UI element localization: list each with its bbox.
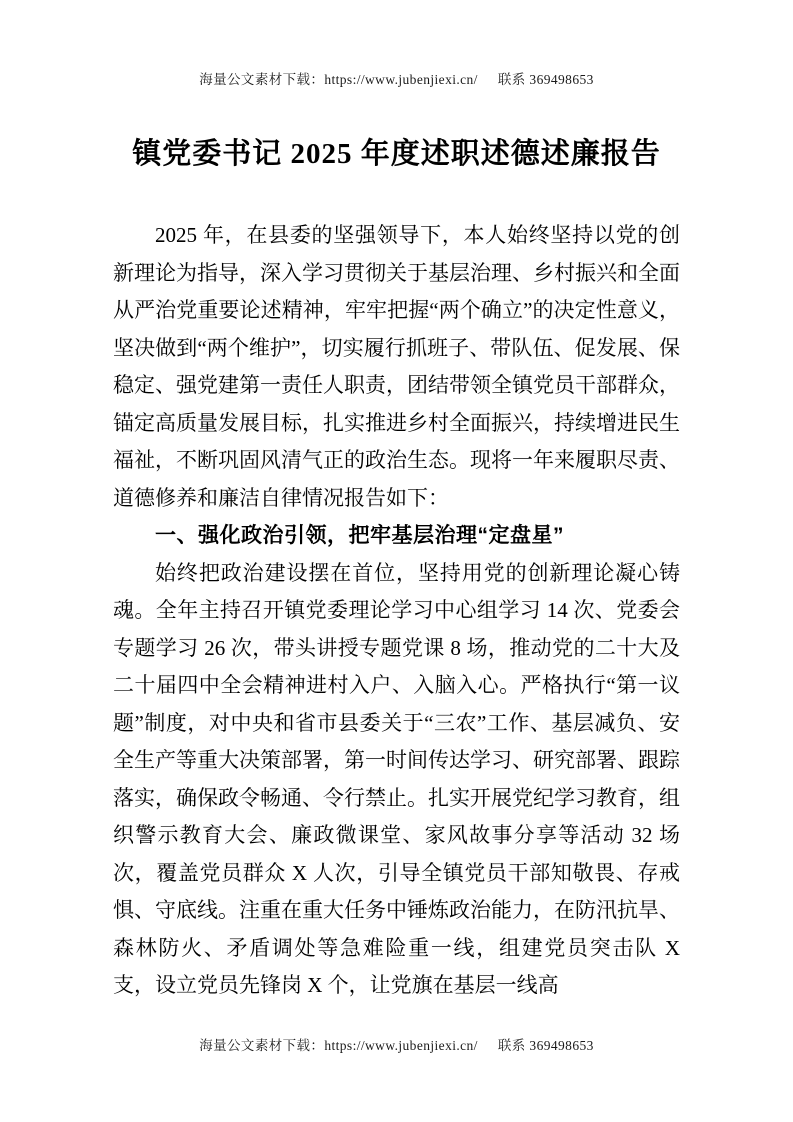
- header-download-label: 海量公文素材下载：: [199, 72, 324, 87]
- header-url: https://www.jubenjiexi.cn/: [324, 72, 478, 87]
- section-1-paragraph: 始终把政治建设摆在首位，坚持用党的创新理论凝心铸魂。全年主持召开镇党委理论学习中…: [113, 555, 680, 1005]
- page-header: 海量公文素材下载：https://www.jubenjiexi.cn/联系 36…: [0, 70, 793, 89]
- footer-download-label: 海量公文素材下载：: [199, 1038, 324, 1053]
- page-footer: 海量公文素材下载：https://www.jubenjiexi.cn/联系 36…: [0, 1036, 793, 1055]
- document-title: 镇党委书记 2025 年度述职述德述廉报告: [0, 133, 793, 175]
- footer-contact: 联系 369498653: [498, 1038, 594, 1053]
- intro-paragraph: 2025 年，在县委的坚强领导下，本人始终坚持以党的创新理论为指导，深入学习贯彻…: [113, 217, 680, 517]
- document-body: 2025 年，在县委的坚强领导下，本人始终坚持以党的创新理论为指导，深入学习贯彻…: [113, 217, 680, 1032]
- header-contact: 联系 369498653: [498, 72, 594, 87]
- document-page: 海量公文素材下载：https://www.jubenjiexi.cn/联系 36…: [0, 0, 793, 1122]
- footer-url: https://www.jubenjiexi.cn/: [324, 1038, 478, 1053]
- section-1-heading: 一、强化政治引领，把牢基层治理“定盘星”: [113, 517, 680, 555]
